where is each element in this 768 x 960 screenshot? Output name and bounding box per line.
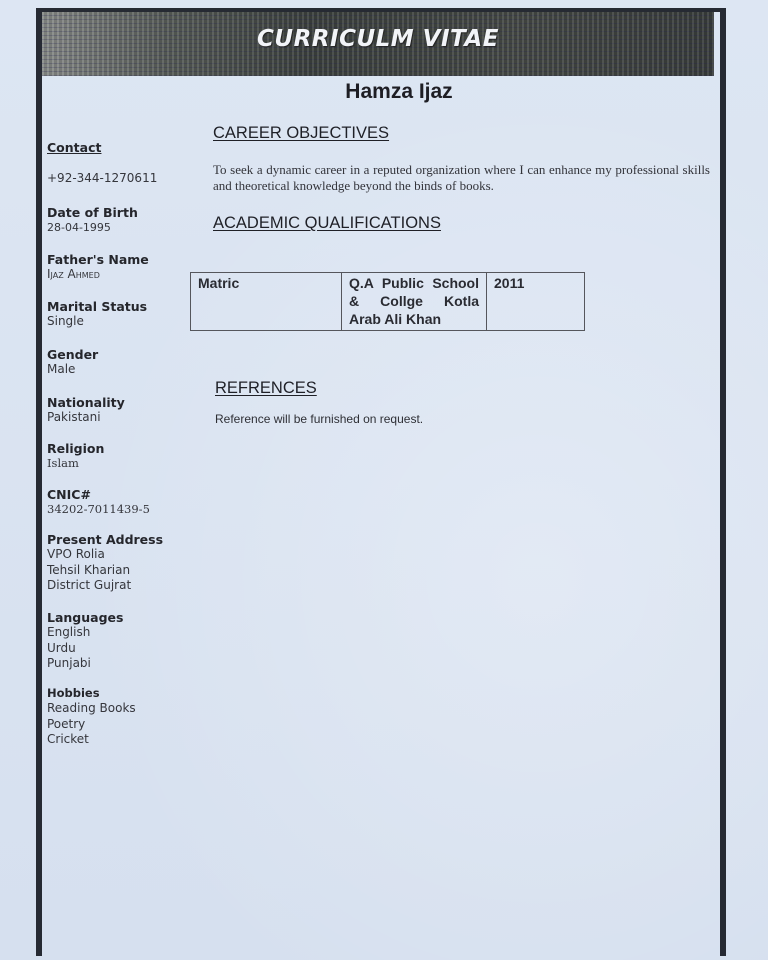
marital-label: Marital Status — [47, 299, 147, 314]
languages-label: Languages — [47, 610, 123, 625]
father-value: Ijaz Ahmed — [47, 267, 149, 283]
references-heading: REFRENCES — [215, 379, 317, 398]
document-title: CURRICULM VITAE — [42, 26, 714, 52]
nationality-section: Nationality Pakistani — [47, 395, 125, 426]
cnic-section: CNIC# 34202-7011439-5 — [47, 487, 150, 518]
career-objectives-text: To seek a dynamic career in a reputed or… — [213, 162, 710, 194]
hobbies-section: Hobbies Reading Books Poetry Cricket — [47, 686, 136, 748]
contact-section: Contact +92-344-1270611 — [47, 140, 157, 187]
religion-value: Islam — [47, 456, 104, 472]
year-cell: 2011 — [487, 273, 585, 331]
contact-label: Contact — [47, 140, 157, 155]
father-section: Father's Name Ijaz Ahmed — [47, 252, 149, 283]
institution-cell: Q.A Public School & Collge Kotla Arab Al… — [342, 273, 487, 331]
hobbies-label: Hobbies — [47, 686, 136, 701]
father-label: Father's Name — [47, 252, 149, 267]
nationality-value: Pakistani — [47, 410, 125, 426]
address-section: Present Address VPO Rolia Tehsil Kharian… — [47, 532, 163, 594]
header-banner: CURRICULM VITAE — [42, 12, 714, 76]
dob-section: Date of Birth 28-04-1995 — [47, 205, 138, 236]
language-item: Punjabi — [47, 656, 123, 672]
candidate-name: Hamza Ijaz — [0, 80, 768, 104]
academic-qualifications-heading: ACADEMIC QUALIFICATIONS — [213, 214, 441, 233]
contact-phone: +92-344-1270611 — [47, 171, 157, 187]
dob-value: 28-04-1995 — [47, 220, 138, 236]
table-row: Matric Q.A Public School & Collge Kotla … — [191, 273, 585, 331]
hobby-item: Poetry — [47, 717, 136, 733]
dob-label: Date of Birth — [47, 205, 138, 220]
address-line: Tehsil Kharian — [47, 563, 163, 579]
cnic-value: 34202-7011439-5 — [47, 502, 150, 518]
hobby-item: Reading Books — [47, 701, 136, 717]
languages-section: Languages English Urdu Punjabi — [47, 610, 123, 672]
nationality-label: Nationality — [47, 395, 125, 410]
marital-value: Single — [47, 314, 147, 330]
hobby-item: Cricket — [47, 732, 136, 748]
address-line: District Gujrat — [47, 578, 163, 594]
degree-cell: Matric — [191, 273, 342, 331]
religion-section: Religion Islam — [47, 441, 104, 472]
address-line: VPO Rolia — [47, 547, 163, 563]
career-objectives-heading: CAREER OBJECTIVES — [213, 124, 389, 143]
address-label: Present Address — [47, 532, 163, 547]
references-text: Reference will be furnished on request. — [215, 412, 423, 426]
language-item: Urdu — [47, 641, 123, 657]
qualifications-table: Matric Q.A Public School & Collge Kotla … — [190, 272, 585, 331]
marital-section: Marital Status Single — [47, 299, 147, 330]
religion-label: Religion — [47, 441, 104, 456]
gender-label: Gender — [47, 347, 98, 362]
gender-section: Gender Male — [47, 347, 98, 378]
cnic-label: CNIC# — [47, 487, 150, 502]
gender-value: Male — [47, 362, 98, 378]
language-item: English — [47, 625, 123, 641]
